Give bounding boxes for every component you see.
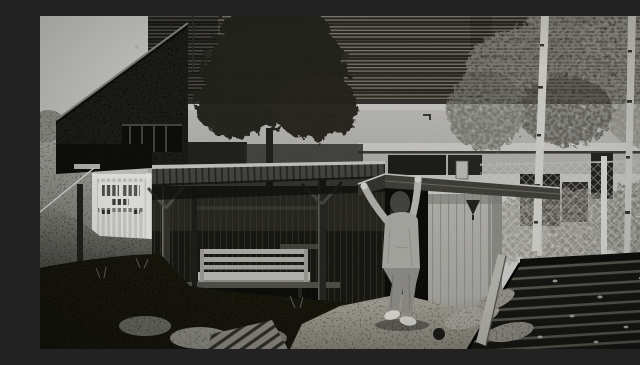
- photograph: Black-and-white photograph of a person w…: [40, 16, 640, 349]
- photo-canvas: [40, 16, 640, 349]
- film-grain-light: [40, 16, 640, 349]
